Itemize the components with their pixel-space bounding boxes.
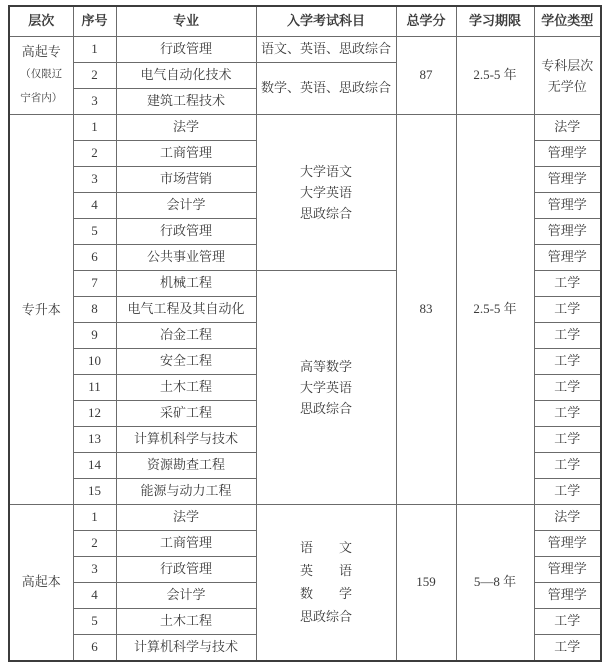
exam-cell: 高等数学 大学英语 思政综合: [256, 271, 396, 505]
row-number-cell: 9: [73, 323, 116, 349]
degree-cell: 管理学: [534, 245, 601, 271]
degree-cell: 工学: [534, 401, 601, 427]
major-cell: 计算机科学与技术: [116, 427, 256, 453]
duration-cell: 2.5-5 年: [456, 115, 534, 505]
exam-cell: 数学、英语、思政综合: [256, 63, 396, 115]
degree-cell: 管理学: [534, 193, 601, 219]
credits-cell: 83: [396, 115, 456, 505]
header-cell-level: 层次: [9, 6, 73, 37]
major-cell: 市场营销: [116, 167, 256, 193]
major-cell: 法学: [116, 505, 256, 531]
header-cell-exam: 入学考试科目: [256, 6, 396, 37]
exam-subject: 高等数学: [257, 356, 396, 377]
major-cell: 行政管理: [116, 37, 256, 63]
degree-cell: 管理学: [534, 583, 601, 609]
major-cell: 会计学: [116, 193, 256, 219]
major-cell: 法学: [116, 115, 256, 141]
major-cell: 行政管理: [116, 557, 256, 583]
major-cell: 安全工程: [116, 349, 256, 375]
degree-line: 专科层次: [535, 55, 601, 76]
degree-cell: 工学: [534, 271, 601, 297]
degree-cell: 工学: [534, 479, 601, 505]
degree-cell: 管理学: [534, 141, 601, 167]
exam-subject: 大学英语: [257, 182, 396, 203]
row-number-cell: 12: [73, 401, 116, 427]
row-number-cell: 6: [73, 635, 116, 661]
row-number-cell: 1: [73, 37, 116, 63]
duration-cell: 5—8 年: [456, 505, 534, 661]
row-number-cell: 14: [73, 453, 116, 479]
major-cell: 电气自动化技术: [116, 63, 256, 89]
degree-cell: 工学: [534, 635, 601, 661]
exam-subject: 大学英语: [257, 377, 396, 398]
degree-cell: 专科层次 无学位: [534, 37, 601, 115]
header-cell-number: 序号: [73, 6, 116, 37]
degree-cell: 工学: [534, 453, 601, 479]
degree-cell: 管理学: [534, 557, 601, 583]
admissions-table: 层次 序号 专业 入学考试科目 总学分 学习期限 学位类型 高起专 （仅限辽宁省…: [8, 5, 602, 662]
header-row: 层次 序号 专业 入学考试科目 总学分 学习期限 学位类型: [9, 6, 601, 37]
duration-cell: 2.5-5 年: [456, 37, 534, 115]
degree-cell: 法学: [534, 505, 601, 531]
row-number-cell: 2: [73, 531, 116, 557]
row-number-cell: 6: [73, 245, 116, 271]
level-note: （仅限辽宁省内）: [20, 63, 62, 109]
major-cell: 公共事业管理: [116, 245, 256, 271]
credits-cell: 87: [396, 37, 456, 115]
degree-cell: 工学: [534, 297, 601, 323]
level-cell: 高起本: [9, 505, 73, 661]
row-number-cell: 5: [73, 219, 116, 245]
row-number-cell: 5: [73, 609, 116, 635]
major-cell: 土木工程: [116, 375, 256, 401]
exam-cell: 语文、英语、思政综合: [256, 37, 396, 63]
major-cell: 计算机科学与技术: [116, 635, 256, 661]
header-cell-degree: 学位类型: [534, 6, 601, 37]
exam-subject: 语文: [300, 536, 352, 559]
row-number-cell: 11: [73, 375, 116, 401]
degree-cell: 法学: [534, 115, 601, 141]
degree-cell: 工学: [534, 609, 601, 635]
degree-cell: 工学: [534, 323, 601, 349]
degree-cell: 工学: [534, 349, 601, 375]
page: 层次 序号 专业 入学考试科目 总学分 学习期限 学位类型 高起专 （仅限辽宁省…: [0, 0, 610, 667]
degree-cell: 工学: [534, 375, 601, 401]
major-cell: 机械工程: [116, 271, 256, 297]
row-number-cell: 10: [73, 349, 116, 375]
major-cell: 建筑工程技术: [116, 89, 256, 115]
row-number-cell: 3: [73, 167, 116, 193]
major-cell: 行政管理: [116, 219, 256, 245]
major-cell: 采矿工程: [116, 401, 256, 427]
exam-subject: 思政综合: [257, 398, 396, 419]
major-cell: 工商管理: [116, 531, 256, 557]
row-number-cell: 4: [73, 193, 116, 219]
row-number-cell: 13: [73, 427, 116, 453]
table-row: 高起专 （仅限辽宁省内） 1 行政管理 语文、英语、思政综合 87 2.5-5 …: [9, 37, 601, 63]
row-number-cell: 1: [73, 505, 116, 531]
degree-cell: 工学: [534, 427, 601, 453]
degree-cell: 管理学: [534, 219, 601, 245]
exam-cell: 大学语文 大学英语 思政综合: [256, 115, 396, 271]
major-cell: 电气工程及其自动化: [116, 297, 256, 323]
row-number-cell: 2: [73, 63, 116, 89]
row-number-cell: 7: [73, 271, 116, 297]
header-cell-credits: 总学分: [396, 6, 456, 37]
level-label: 专升本: [10, 299, 73, 321]
row-number-cell: 3: [73, 557, 116, 583]
exam-subject: 英语: [300, 559, 352, 582]
level-cell: 高起专 （仅限辽宁省内）: [9, 37, 73, 115]
major-cell: 会计学: [116, 583, 256, 609]
major-cell: 土木工程: [116, 609, 256, 635]
table-row: 高起本 1 法学 语文 英语 数学 思政综合 159 5—8 年 法学: [9, 505, 601, 531]
header-cell-major: 专业: [116, 6, 256, 37]
row-number-cell: 15: [73, 479, 116, 505]
row-number-cell: 2: [73, 141, 116, 167]
major-cell: 能源与动力工程: [116, 479, 256, 505]
exam-subject: 大学语文: [257, 161, 396, 182]
level-cell: 专升本: [9, 115, 73, 505]
level-label: 高起本: [10, 571, 73, 593]
row-number-cell: 3: [73, 89, 116, 115]
row-number-cell: 1: [73, 115, 116, 141]
row-number-cell: 4: [73, 583, 116, 609]
exam-subject: 思政综合: [257, 203, 396, 224]
row-number-cell: 8: [73, 297, 116, 323]
major-cell: 资源勘查工程: [116, 453, 256, 479]
major-cell: 冶金工程: [116, 323, 256, 349]
header-cell-duration: 学习期限: [456, 6, 534, 37]
exam-subject: 数学: [300, 582, 352, 605]
credits-cell: 159: [396, 505, 456, 661]
degree-line: 无学位: [535, 76, 601, 97]
level-label: 高起专: [10, 41, 73, 63]
exam-subject: 思政综合: [300, 605, 352, 628]
exam-cell: 语文 英语 数学 思政综合: [256, 505, 396, 661]
major-cell: 工商管理: [116, 141, 256, 167]
degree-cell: 管理学: [534, 167, 601, 193]
degree-cell: 管理学: [534, 531, 601, 557]
table-row: 专升本 1 法学 大学语文 大学英语 思政综合 83 2.5-5 年 法学: [9, 115, 601, 141]
